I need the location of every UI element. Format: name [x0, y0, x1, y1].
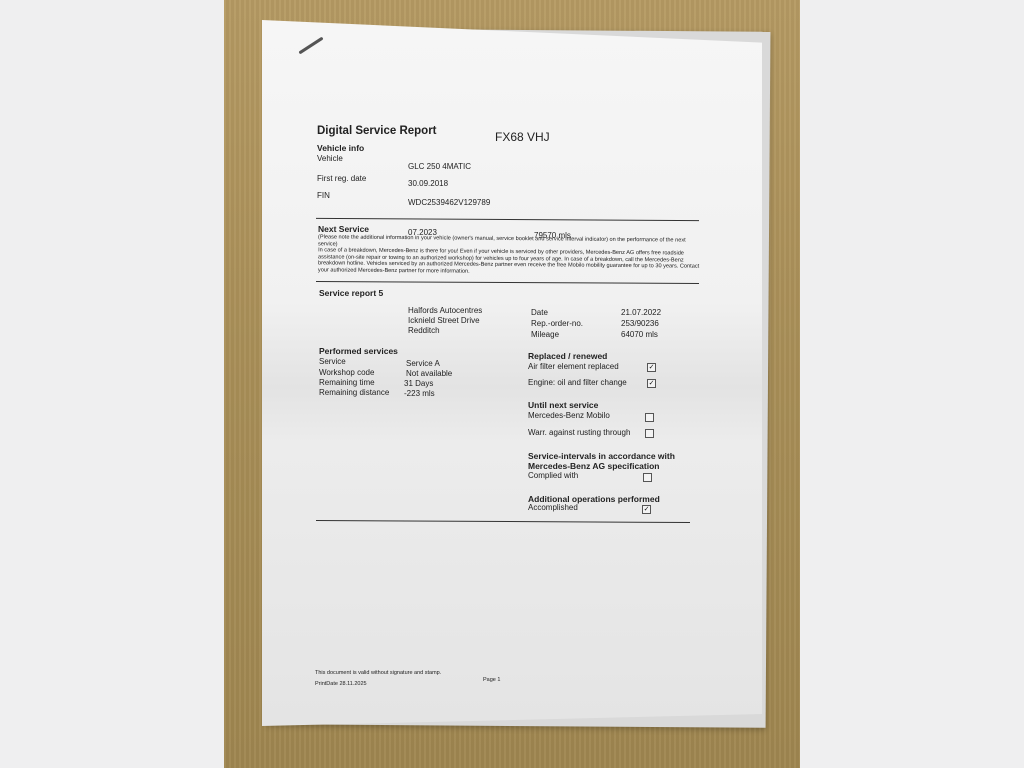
mobilo-label: Mercedes-Benz Mobilo	[528, 411, 610, 420]
validity-note: This document is valid without signature…	[315, 670, 441, 676]
air-filter-checkbox: ✓	[647, 363, 656, 372]
remaining-time-label: Remaining time	[319, 378, 375, 387]
first-reg-value: 30.09.2018	[408, 179, 448, 188]
remaining-distance-label: Remaining distance	[319, 388, 389, 397]
complied-with-checkbox	[643, 473, 652, 482]
complied-with-label: Complied with	[528, 471, 578, 480]
print-date: PrintDate 28.11.2025	[315, 681, 367, 687]
remaining-distance-value: -223 mls	[404, 389, 435, 398]
service-value: Service A	[406, 359, 440, 368]
workshop-street: Icknield Street Drive	[408, 316, 480, 325]
oil-filter-label: Engine: oil and filter change	[528, 378, 627, 387]
oil-filter-checkbox: ✓	[647, 379, 656, 388]
page-number: Page 1	[483, 677, 500, 683]
vehicle-label: Vehicle	[317, 154, 343, 163]
document-title: Digital Service Report	[317, 125, 437, 137]
intervals-heading-line2: Mercedes-Benz AG specification	[528, 461, 659, 471]
workshop-code-value: Not available	[406, 369, 452, 378]
breakdown-info: In case of a breakdown, Mercedes-Benz is…	[318, 247, 700, 277]
workshop-code-label: Workshop code	[319, 368, 374, 377]
license-plate: FX68 VHJ	[495, 130, 550, 144]
mileage-value: 64070 mls	[621, 330, 658, 339]
vehicle-value: GLC 250 4MATIC	[408, 162, 471, 171]
mileage-label: Mileage	[531, 330, 559, 339]
next-service-heading: Next Service	[318, 224, 369, 234]
fin-value: WDC2539462V129789	[408, 198, 490, 207]
intervals-heading-line1: Service-intervals in accordance with	[528, 451, 675, 461]
date-label: Date	[531, 308, 548, 317]
performed-services-heading: Performed services	[319, 346, 398, 356]
mobilo-checkbox	[645, 413, 654, 422]
fin-label: FIN	[317, 191, 330, 200]
vehicle-info-heading: Vehicle info	[317, 143, 364, 153]
service-report-heading: Service report 5	[319, 288, 383, 298]
date-value: 21.07.2022	[621, 308, 661, 317]
rust-warranty-label: Warr. against rusting through	[528, 428, 630, 437]
remaining-time-value: 31 Days	[404, 379, 433, 388]
workshop-name: Halfords Autocentres	[408, 306, 482, 315]
replaced-heading: Replaced / renewed	[528, 351, 607, 361]
order-label: Rep.-order-no.	[531, 319, 583, 328]
air-filter-label: Air filter element replaced	[528, 362, 619, 371]
workshop-town: Redditch	[408, 326, 440, 335]
accomplished-checkbox: ✓	[642, 505, 651, 514]
until-next-heading: Until next service	[528, 400, 598, 410]
accomplished-label: Accomplished	[528, 503, 578, 512]
service-label: Service	[319, 357, 346, 366]
rust-warranty-checkbox	[645, 429, 654, 438]
first-reg-label: First reg. date	[317, 174, 366, 183]
order-value: 253/90236	[621, 319, 659, 328]
